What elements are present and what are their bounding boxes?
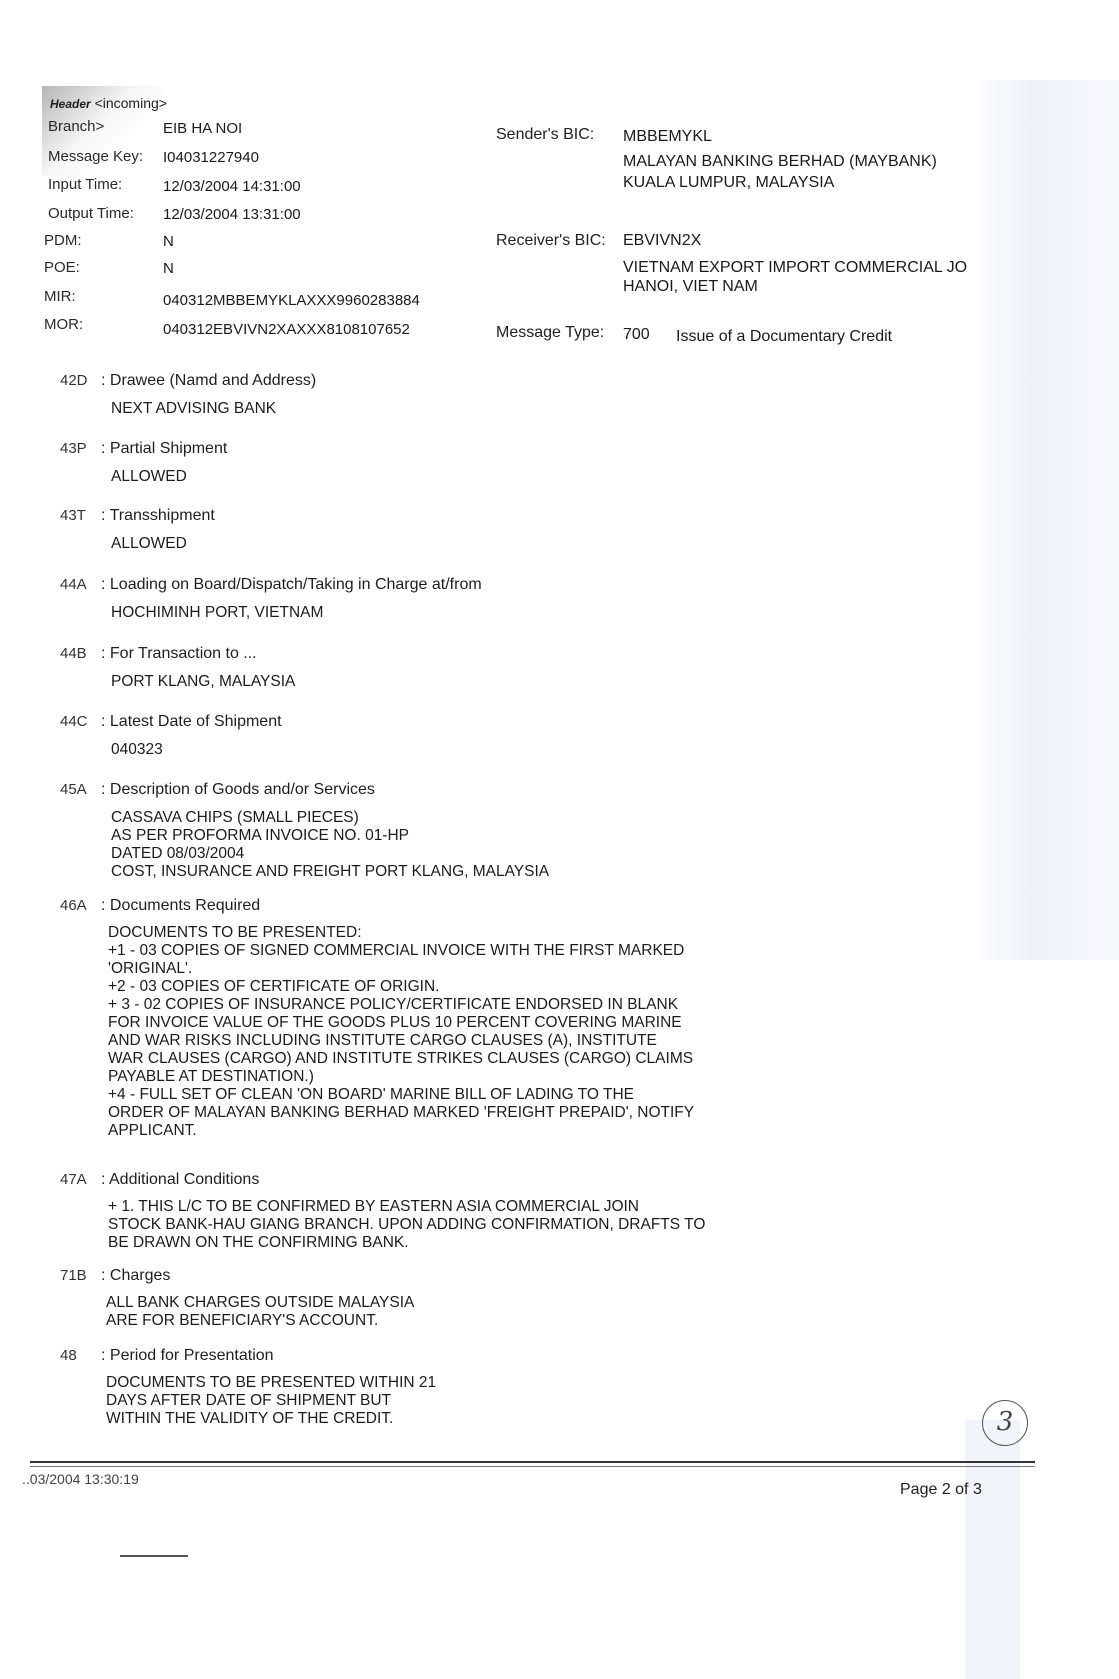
field-line: PORT KLANG, MALAYSIA [111, 673, 295, 691]
field-line: + 1. THIS L/C TO BE CONFIRMED BY EASTERN… [108, 1198, 705, 1216]
field-tag: 46A [60, 897, 100, 914]
field-line: +2 - 03 COPIES OF CERTIFICATE OF ORIGIN. [108, 978, 694, 996]
header-field-value: N [163, 233, 174, 250]
field-name: : Loading on Board/Dispatch/Taking in Ch… [101, 576, 482, 594]
scan-bleed-through [969, 80, 1119, 960]
field-name: : Documents Required [101, 897, 260, 915]
message-type-description: Issue of a Documentary Credit [676, 328, 892, 346]
header-field-label: Message Key: [48, 148, 143, 165]
field-line: COST, INSURANCE AND FREIGHT PORT KLANG, … [111, 863, 549, 881]
field-line: + 3 - 02 COPIES OF INSURANCE POLICY/CERT… [108, 996, 694, 1014]
page-number: Page 2 of 3 [900, 1481, 982, 1499]
field-line: WAR CLAUSES (CARGO) AND INSTITUTE STRIKE… [108, 1050, 694, 1068]
header-title-suffix: <incoming> [95, 95, 167, 111]
field-tag: 47A [60, 1171, 100, 1188]
sender-bic: MBBEMYKL [623, 128, 712, 146]
field-name: : Transshipment [101, 507, 215, 525]
header-title: Header <incoming> [50, 95, 167, 111]
scan-bleed-through [965, 1420, 1020, 1679]
field-line: +4 - FULL SET OF CLEAN 'ON BOARD' MARINE… [108, 1086, 694, 1104]
field-tag: 44A [60, 576, 100, 593]
field-line: FOR INVOICE VALUE OF THE GOODS PLUS 10 P… [108, 1014, 694, 1032]
field-line: DATED 08/03/2004 [111, 845, 549, 863]
field-line: BE DRAWN ON THE CONFIRMING BANK. [108, 1234, 705, 1252]
field-line: DAYS AFTER DATE OF SHIPMENT BUT [106, 1392, 436, 1410]
field-line: ALLOWED [111, 535, 187, 553]
message-type-code: 700 [623, 326, 650, 344]
field-body: ALLOWED [111, 468, 187, 486]
header-field-label: MIR: [44, 288, 76, 305]
field-line: DOCUMENTS TO BE PRESENTED: [108, 924, 694, 942]
handwritten-page-mark: 3 [982, 1400, 1028, 1446]
footer-rule [30, 1461, 1035, 1463]
header-field-label: POE: [44, 259, 80, 276]
field-line: NEXT ADVISING BANK [111, 400, 276, 418]
header-field-value: 12/03/2004 14:31:00 [163, 178, 301, 195]
receiver-city: HANOI, VIET NAM [623, 278, 758, 296]
field-tag: 71B [60, 1267, 100, 1284]
field-line: AS PER PROFORMA INVOICE NO. 01-HP [111, 827, 549, 845]
footer-rule-secondary [30, 1466, 1035, 1467]
field-tag: 48 [60, 1347, 100, 1364]
field-line: ALL BANK CHARGES OUTSIDE MALAYSIA [106, 1294, 414, 1312]
field-body: DOCUMENTS TO BE PRESENTED WITHIN 21DAYS … [106, 1374, 436, 1428]
header-field-label: PDM: [44, 232, 82, 249]
header-field-label: MOR: [44, 316, 83, 333]
field-line: 040323 [111, 741, 163, 759]
field-line: STOCK BANK-HAU GIANG BRANCH. UPON ADDING… [108, 1216, 705, 1234]
header-field-label: Output Time: [48, 205, 134, 222]
field-line: ALLOWED [111, 468, 187, 486]
field-line: DOCUMENTS TO BE PRESENTED WITHIN 21 [106, 1374, 436, 1392]
footer-timestamp: ..03/2004 13:30:19 [22, 1471, 139, 1487]
sender-name: MALAYAN BANKING BERHAD (MAYBANK) [623, 153, 937, 171]
field-tag: 42D [60, 372, 100, 389]
header-field-value: N [163, 260, 174, 277]
header-field-value: 040312EBVIVN2XAXXX8108107652 [163, 321, 410, 338]
field-line: HOCHIMINH PORT, VIETNAM [111, 604, 323, 622]
field-body: DOCUMENTS TO BE PRESENTED:+1 - 03 COPIES… [108, 924, 694, 1140]
field-name: : Description of Goods and/or Services [101, 781, 375, 799]
field-name: : Period for Presentation [101, 1347, 274, 1365]
field-body: ALLOWED [111, 535, 187, 553]
header-title-prefix: Header [50, 97, 91, 111]
field-body: 040323 [111, 741, 163, 759]
field-line: +1 - 03 COPIES OF SIGNED COMMERCIAL INVO… [108, 942, 694, 960]
receiver-bic: EBVIVN2X [623, 232, 701, 250]
field-name: : Additional Conditions [101, 1171, 259, 1189]
header-field-value: 040312MBBEMYKLAXXX9960283884 [163, 292, 420, 309]
field-line: PAYABLE AT DESTINATION.) [108, 1068, 694, 1086]
field-body: ALL BANK CHARGES OUTSIDE MALAYSIAARE FOR… [106, 1294, 414, 1330]
message-type-label: Message Type: [496, 324, 604, 342]
field-body: HOCHIMINH PORT, VIETNAM [111, 604, 323, 622]
field-line: ARE FOR BENEFICIARY'S ACCOUNT. [106, 1312, 414, 1330]
sender-city: KUALA LUMPUR, MALAYSIA [623, 174, 834, 192]
field-body: NEXT ADVISING BANK [111, 400, 276, 418]
field-name: : Charges [101, 1267, 170, 1285]
header-field-label: Branch> [48, 118, 104, 135]
field-body: CASSAVA CHIPS (SMALL PIECES)AS PER PROFO… [111, 809, 549, 881]
field-tag: 43T [60, 507, 100, 524]
field-line: WITHIN THE VALIDITY OF THE CREDIT. [106, 1410, 436, 1428]
field-line: AND WAR RISKS INCLUDING INSTITUTE CARGO … [108, 1032, 694, 1050]
header-field-value: EIB HA NOI [163, 120, 242, 137]
field-name: : Latest Date of Shipment [101, 713, 282, 731]
field-tag: 44C [60, 713, 100, 730]
field-tag: 43P [60, 440, 100, 457]
receiver-name: VIETNAM EXPORT IMPORT COMMERCIAL JO [623, 259, 967, 277]
field-name: : Drawee (Namd and Address) [101, 372, 316, 390]
header-field-value: I04031227940 [163, 149, 259, 166]
field-line: 'ORIGINAL'. [108, 960, 694, 978]
header-field-label: Input Time: [48, 176, 122, 193]
header-field-value: 12/03/2004 13:31:00 [163, 206, 301, 223]
field-tag: 45A [60, 781, 100, 798]
field-line: APPLICANT. [108, 1122, 694, 1140]
field-line: ORDER OF MALAYAN BANKING BERHAD MARKED '… [108, 1104, 694, 1122]
field-line: CASSAVA CHIPS (SMALL PIECES) [111, 809, 549, 827]
scan-mark [120, 1555, 188, 1557]
sender-bic-label: Sender's BIC: [496, 126, 594, 144]
field-body: + 1. THIS L/C TO BE CONFIRMED BY EASTERN… [108, 1198, 705, 1252]
field-name: : Partial Shipment [101, 440, 227, 458]
field-name: : For Transaction to ... [101, 645, 257, 663]
field-tag: 44B [60, 645, 100, 662]
receiver-bic-label: Receiver's BIC: [496, 232, 606, 250]
field-body: PORT KLANG, MALAYSIA [111, 673, 295, 691]
